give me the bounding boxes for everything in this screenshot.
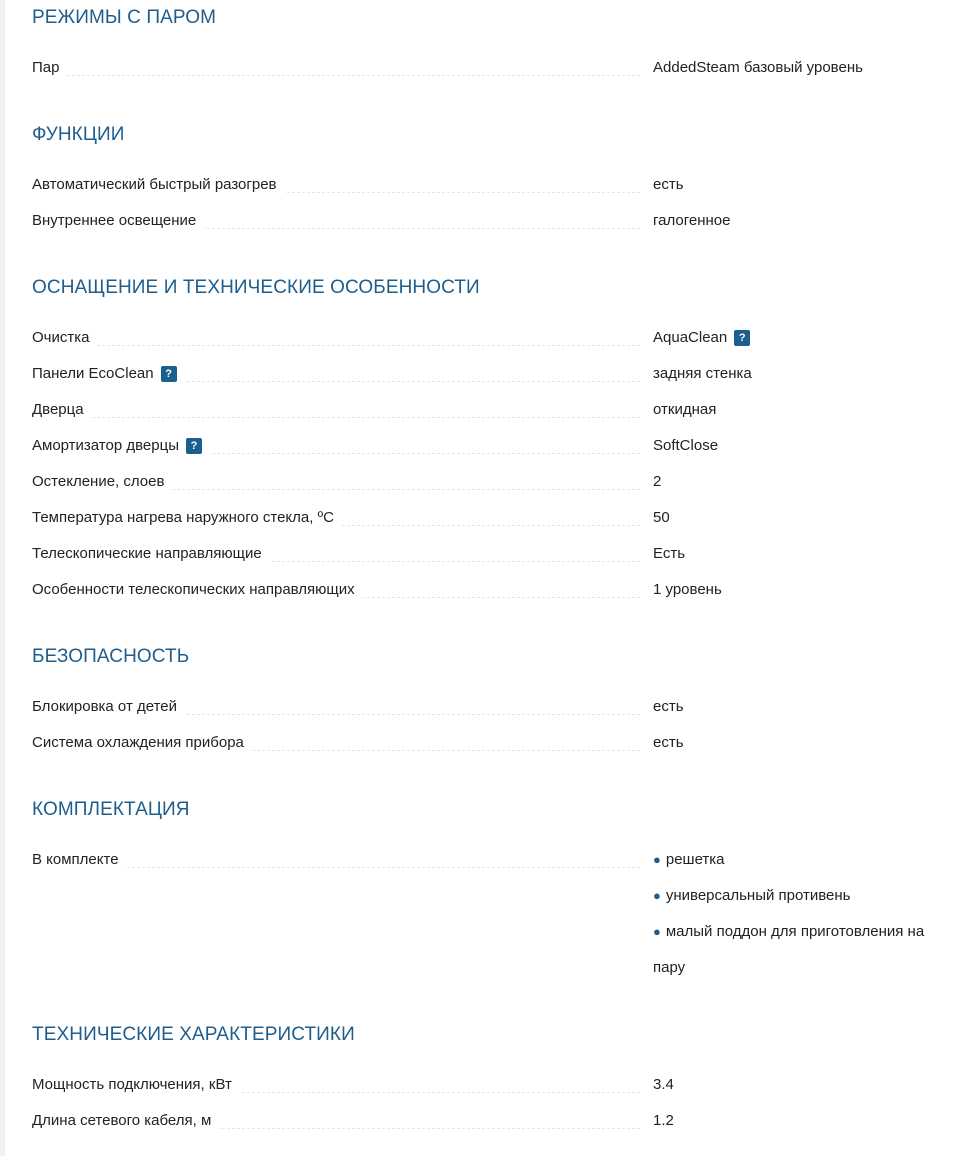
spec-value: 3.4: [653, 1067, 674, 1103]
spec-value: 1 уровень: [653, 572, 722, 608]
left-border-strip: [0, 0, 5, 1156]
spec-label: Очистка: [32, 320, 97, 356]
included-items-list: ●решетка ●универсальный противень ●малый…: [653, 842, 953, 986]
section-title: КОМПЛЕКТАЦИЯ: [32, 796, 942, 824]
spec-label: Внутреннее освещение: [32, 203, 204, 239]
spec-label: Панели EcoClean?: [32, 356, 185, 392]
spec-label: Амортизатор дверцы?: [32, 428, 210, 464]
spec-row: В комплекте ●решетка ●универсальный прот…: [32, 842, 942, 986]
bullet-icon: ●: [653, 924, 661, 939]
section-technical-specs: ТЕХНИЧЕСКИЕ ХАРАКТЕРИСТИКИ Мощность подк…: [32, 1021, 942, 1139]
list-item: ●универсальный противень: [653, 878, 953, 914]
spec-label: Остекление, слоев: [32, 464, 172, 500]
spec-value: AddedSteam базовый уровень: [653, 50, 863, 86]
spec-row: Внутреннее освещение галогенное: [32, 203, 942, 239]
spec-value: есть: [653, 725, 684, 761]
spec-row: Температура нагрева наружного стекла, ºC…: [32, 500, 942, 536]
dotted-leader: [32, 75, 640, 76]
list-item-continuation: пару: [653, 950, 953, 986]
spec-label: Мощность подключения, кВт: [32, 1067, 240, 1103]
spec-label: Телескопические направляющие: [32, 536, 270, 572]
spec-row: Пар AddedSteam базовый уровень: [32, 50, 942, 86]
section-functions: ФУНКЦИИ Автоматический быстрый разогрев …: [32, 121, 942, 239]
bullet-icon: ●: [653, 852, 661, 867]
spec-value: 1.2: [653, 1103, 674, 1139]
spec-label: Блокировка от детей: [32, 689, 185, 725]
spec-row: Телескопические направляющие Есть: [32, 536, 942, 572]
help-icon[interactable]: ?: [734, 330, 750, 346]
section-title: ОСНАЩЕНИЕ И ТЕХНИЧЕСКИЕ ОСОБЕННОСТИ: [32, 274, 942, 302]
dotted-leader: [32, 417, 640, 418]
spec-value: есть: [653, 689, 684, 725]
spec-label: Особенности телескопических направляющих: [32, 572, 363, 608]
spec-label: Система охлаждения прибора: [32, 725, 252, 761]
section-safety: БЕЗОПАСНОСТЬ Блокировка от детей есть Си…: [32, 643, 942, 761]
spec-value: AquaClean?: [653, 320, 750, 356]
spec-label: Дверца: [32, 392, 92, 428]
help-icon[interactable]: ?: [186, 438, 202, 454]
spec-row: Особенности телескопических направляющих…: [32, 572, 942, 608]
spec-row: Дверца откидная: [32, 392, 942, 428]
spec-value-text: AquaClean: [653, 329, 727, 346]
section-equipment: ОСНАЩЕНИЕ И ТЕХНИЧЕСКИЕ ОСОБЕННОСТИ Очис…: [32, 274, 942, 608]
help-icon[interactable]: ?: [161, 366, 177, 382]
dotted-leader: [32, 345, 640, 346]
spec-value: галогенное: [653, 203, 730, 239]
section-title: ТЕХНИЧЕСКИЕ ХАРАКТЕРИСТИКИ: [32, 1021, 942, 1049]
spec-row: Панели EcoClean? задняя стенка: [32, 356, 942, 392]
spec-row: Блокировка от детей есть: [32, 689, 942, 725]
section-title: РЕЖИМЫ С ПАРОМ: [32, 4, 942, 32]
list-item: ●решетка: [653, 842, 953, 878]
spec-row: Длина сетевого кабеля, м 1.2: [32, 1103, 942, 1139]
section-title: ФУНКЦИИ: [32, 121, 942, 149]
spec-label: В комплекте: [32, 842, 127, 878]
spec-label-text: Панели EcoClean: [32, 365, 154, 382]
section-title: БЕЗОПАСНОСТЬ: [32, 643, 942, 671]
spec-row: Мощность подключения, кВт 3.4: [32, 1067, 942, 1103]
spec-value: SoftClose: [653, 428, 718, 464]
spec-value: 2: [653, 464, 661, 500]
spec-label: Температура нагрева наружного стекла, ºC: [32, 500, 342, 536]
spec-value: Есть: [653, 536, 685, 572]
spec-row: Автоматический быстрый разогрев есть: [32, 167, 942, 203]
spec-value: есть: [653, 167, 684, 203]
spec-value: задняя стенка: [653, 356, 752, 392]
spec-row: Амортизатор дверцы? SoftClose: [32, 428, 942, 464]
section-package: КОМПЛЕКТАЦИЯ В комплекте ●решетка ●униве…: [32, 796, 942, 986]
spec-row: Очистка AquaClean?: [32, 320, 942, 356]
list-item: ●малый поддон для приготовления на: [653, 914, 953, 950]
spec-row: Система охлаждения прибора есть: [32, 725, 942, 761]
spec-row: Остекление, слоев 2: [32, 464, 942, 500]
spec-label: Автоматический быстрый разогрев: [32, 167, 285, 203]
bullet-icon: ●: [653, 888, 661, 903]
spec-label: Пар: [32, 50, 67, 86]
section-steam-modes: РЕЖИМЫ С ПАРОМ Пар AddedSteam базовый ур…: [32, 4, 942, 86]
spec-label: Длина сетевого кабеля, м: [32, 1103, 219, 1139]
spec-label-text: Амортизатор дверцы: [32, 437, 179, 454]
spec-value: откидная: [653, 392, 716, 428]
spec-value: 50: [653, 500, 670, 536]
